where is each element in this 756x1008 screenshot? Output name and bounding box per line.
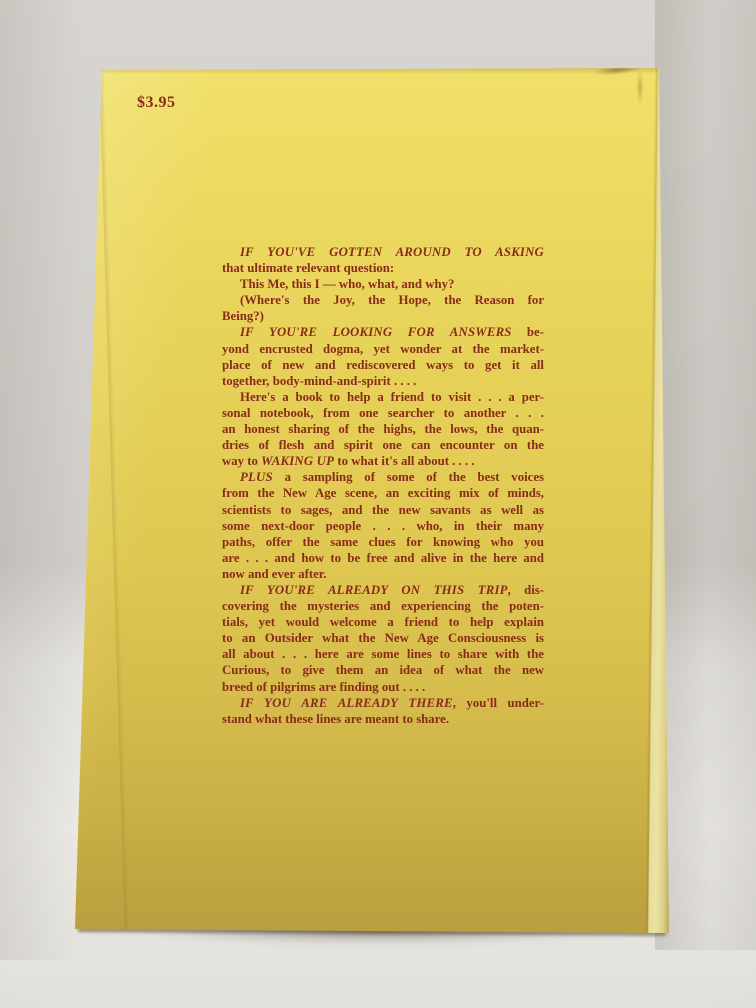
text-line: from the New Age scene, an exciting mix … — [222, 485, 544, 501]
book-back-cover: $3.95 IF YOU'VE GOTTEN AROUND TO ASKINGt… — [75, 66, 671, 936]
text-line: place of new and rediscovered ways to ge… — [222, 357, 544, 373]
italic-text-run: PLUS — [240, 470, 273, 484]
text-line: IF YOU'VE GOTTEN AROUND TO ASKING — [222, 244, 544, 260]
text-run: an honest sharing of the highs, the lows… — [222, 422, 544, 436]
text-line: IF YOU'RE LOOKING FOR ANSWERS be- — [222, 324, 544, 340]
text-line: that ultimate relevant question: — [222, 260, 544, 276]
text-run: paths, offer the same clues for knowing … — [222, 535, 544, 549]
italic-text-run: IF YOU'RE ALREADY ON THIS TRIP — [240, 583, 508, 597]
text-run: Being?) — [222, 309, 264, 323]
text-run: yond encrusted dogma, yet wonder at the … — [222, 342, 544, 356]
book-top-edge-shading — [75, 66, 671, 74]
text-line: stand what these lines are meant to shar… — [222, 711, 544, 727]
background-shade-left — [0, 0, 80, 960]
text-line: some next-door people . . . who, in thei… — [222, 518, 544, 534]
text-run: place of new and rediscovered ways to ge… — [222, 358, 544, 372]
text-run: Here's a book to help a friend to visit … — [240, 390, 544, 404]
text-run: sonal notebook, from one searcher to ano… — [222, 406, 544, 420]
text-run: Curious, to give them an idea of what th… — [222, 663, 544, 677]
back-cover-text: IF YOU'VE GOTTEN AROUND TO ASKINGthat ul… — [222, 244, 544, 727]
text-line: This Me, this I — who, what, and why? — [222, 276, 544, 292]
text-line: together, body-mind-and-spirit . . . . — [222, 373, 544, 389]
text-run: stand what these lines are meant to shar… — [222, 712, 449, 726]
text-run: , dis- — [508, 583, 544, 597]
text-run: together, body-mind-and-spirit . . . . — [222, 374, 416, 388]
text-run: , you'll under- — [453, 696, 544, 710]
text-run: now and ever after. — [222, 567, 327, 581]
text-line: Being?) — [222, 308, 544, 324]
text-line: PLUS a sampling of some of the best voic… — [222, 469, 544, 485]
italic-text-run: WAKING UP — [261, 454, 334, 468]
text-line: to an Outsider what the New Age Consciou… — [222, 630, 544, 646]
text-run: breed of pilgrims are finding out . . . … — [222, 680, 425, 694]
text-run: all about . . . here are some lines to s… — [222, 647, 544, 661]
text-line: Curious, to give them an idea of what th… — [222, 662, 544, 678]
text-run: to what it's all about . . . . — [334, 454, 474, 468]
text-line: now and ever after. — [222, 566, 544, 582]
corner-wear-mark-small — [635, 70, 645, 114]
text-run: This Me, this I — who, what, and why? — [240, 277, 454, 291]
background-shade-right — [655, 0, 756, 950]
book-left-edge-shading — [99, 66, 130, 936]
text-run: some next-door people . . . who, in thei… — [222, 519, 544, 533]
text-run: tials, yet would welcome a friend to hel… — [222, 615, 544, 629]
price-label: $3.95 — [137, 94, 176, 112]
text-line: tials, yet would welcome a friend to hel… — [222, 614, 544, 630]
text-run: a sampling of some of the best voices — [273, 470, 544, 484]
italic-text-run: IF YOU'VE GOTTEN AROUND TO ASKING — [240, 245, 544, 259]
text-line: scientists to sages, and the new savants… — [222, 502, 544, 518]
text-run: way to — [222, 454, 261, 468]
text-line: way to WAKING UP to what it's all about … — [222, 453, 544, 469]
text-line: IF YOU'RE ALREADY ON THIS TRIP, dis- — [222, 582, 544, 598]
text-line: paths, offer the same clues for knowing … — [222, 534, 544, 550]
text-line: IF YOU ARE ALREADY THERE, you'll under- — [222, 695, 544, 711]
text-line: (Where's the Joy, the Hope, the Reason f… — [222, 292, 544, 308]
text-run: from the New Age scene, an exciting mix … — [222, 486, 544, 500]
text-line: breed of pilgrims are finding out . . . … — [222, 679, 544, 695]
text-run: be- — [512, 325, 544, 339]
text-run: dries of flesh and spirit one can encoun… — [222, 438, 544, 452]
text-run: that ultimate relevant question: — [222, 261, 394, 275]
text-run: scientists to sages, and the new savants… — [222, 503, 544, 517]
text-run: (Where's the Joy, the Hope, the Reason f… — [240, 293, 544, 307]
italic-text-run: IF YOU ARE ALREADY THERE — [240, 696, 453, 710]
text-line: dries of flesh and spirit one can encoun… — [222, 437, 544, 453]
text-line: all about . . . here are some lines to s… — [222, 646, 544, 662]
photo-scene: $3.95 IF YOU'VE GOTTEN AROUND TO ASKINGt… — [0, 0, 756, 1008]
text-run: are . . . and how to be free and alive i… — [222, 551, 544, 565]
text-line: are . . . and how to be free and alive i… — [222, 550, 544, 566]
text-line: Here's a book to help a friend to visit … — [222, 389, 544, 405]
text-run: to an Outsider what the New Age Consciou… — [222, 631, 544, 645]
text-run: covering the mysteries and experiencing … — [222, 599, 544, 613]
text-line: covering the mysteries and experiencing … — [222, 598, 544, 614]
italic-text-run: IF YOU'RE LOOKING FOR ANSWERS — [240, 325, 512, 339]
text-line: an honest sharing of the highs, the lows… — [222, 421, 544, 437]
text-line: yond encrusted dogma, yet wonder at the … — [222, 341, 544, 357]
text-line: sonal notebook, from one searcher to ano… — [222, 405, 544, 421]
